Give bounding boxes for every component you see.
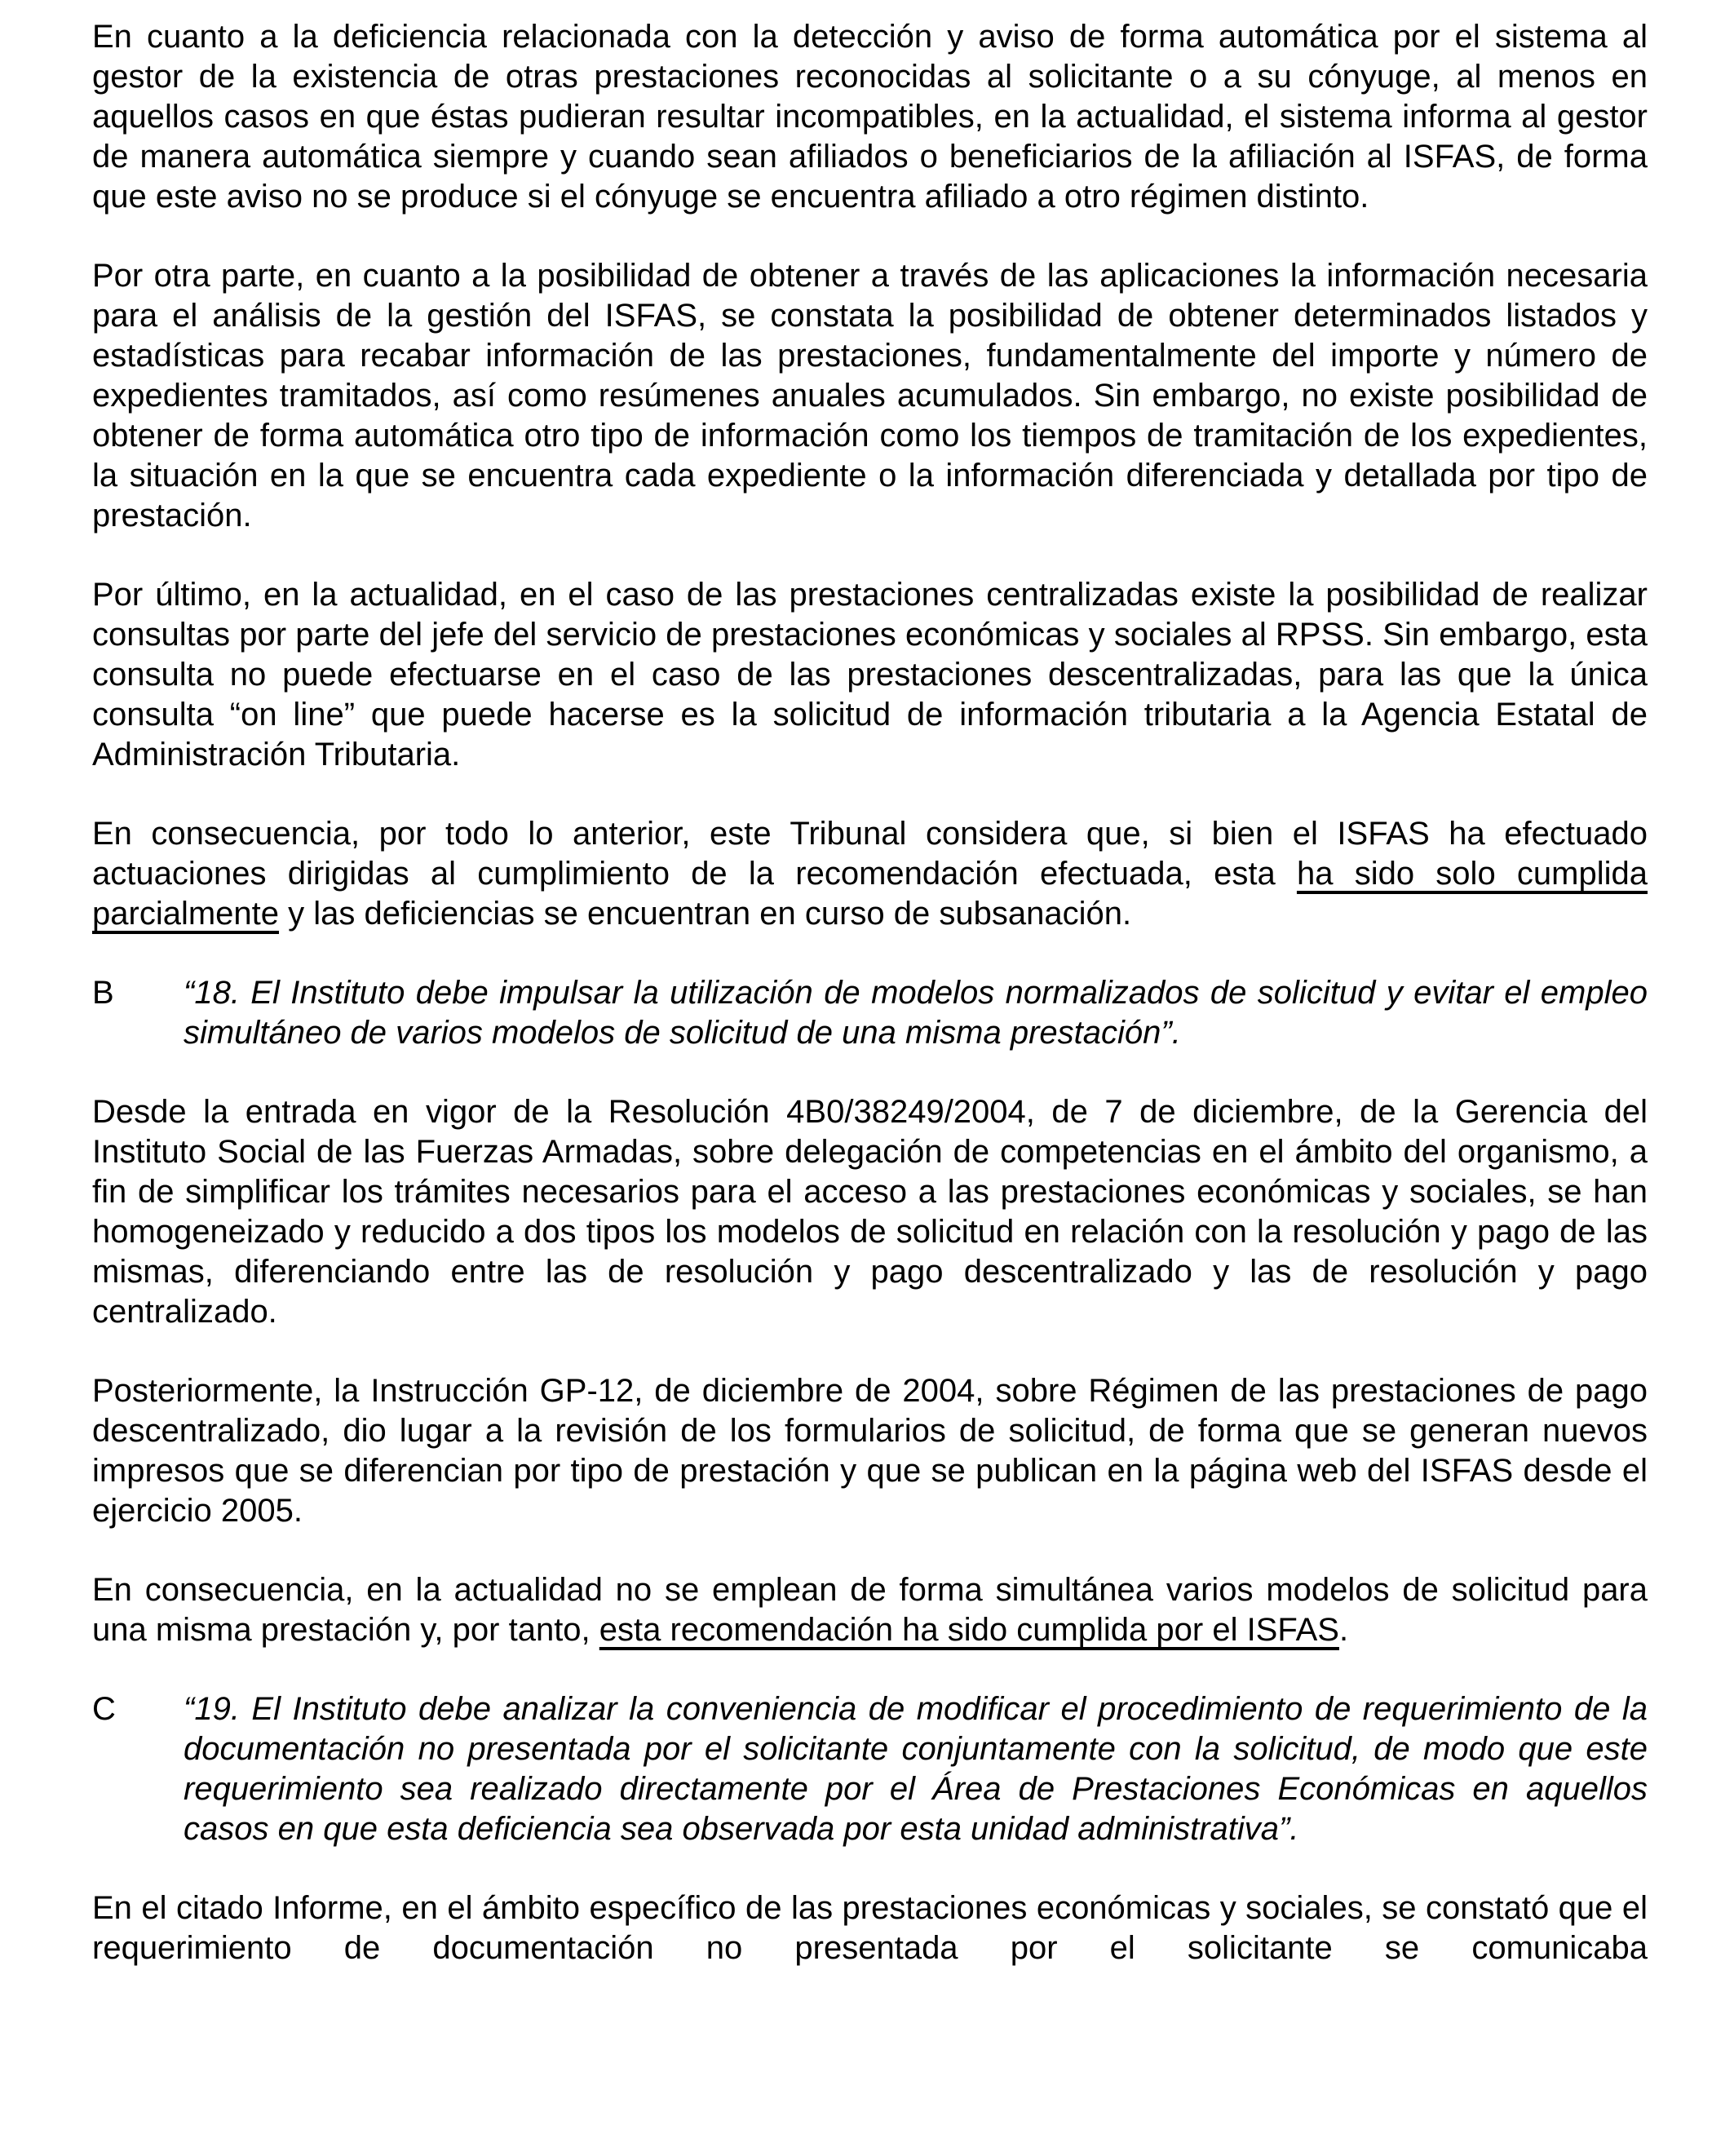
document-page: En cuanto a la deficiencia relacionada c… [0, 0, 1734, 2156]
recommendation-18-quote: “18. El Instituto debe impulsar la utili… [184, 975, 1648, 1051]
paragraph-conclusion-cumplimiento-parcial: En consecuencia, por todo lo anterior, e… [92, 814, 1648, 934]
paragraph-instruccion-gp12: Posteriormente, la Instrucción GP-12, de… [92, 1371, 1648, 1531]
paragraph-informe-requerimiento-documentacion: En el citado Informe, en el ámbito espec… [92, 1888, 1648, 1968]
recommendation-19-quote: “19. El Instituto debe analizar la conve… [184, 1691, 1648, 1847]
paragraph-deteccion-aviso-automatico: En cuanto a la deficiencia relacionada c… [92, 17, 1648, 217]
item-b-label: B [92, 973, 114, 1013]
conclusion-text-end: y las deficiencias se encuentran en curs… [279, 896, 1131, 932]
paragraph-conclusion-recomendacion-cumplida: En consecuencia, en la actualidad no se … [92, 1570, 1648, 1650]
conclusion2-text-end: . [1339, 1612, 1348, 1648]
recommendation-item-c: C“19. El Instituto debe analizar la conv… [92, 1689, 1648, 1849]
underlined-recomendacion-cumplida: esta recomendación ha sido cumplida por … [599, 1612, 1339, 1648]
paragraph-consultas-rpss: Por último, en la actualidad, en el caso… [92, 575, 1648, 775]
paragraph-listados-estadisticas: Por otra parte, en cuanto a la posibilid… [92, 256, 1648, 536]
item-c-label: C [92, 1689, 116, 1729]
recommendation-item-b: B“18. El Instituto debe impulsar la util… [92, 973, 1648, 1053]
paragraph-resolucion-delegacion-competencias: Desde la entrada en vigor de la Resoluci… [92, 1092, 1648, 1332]
